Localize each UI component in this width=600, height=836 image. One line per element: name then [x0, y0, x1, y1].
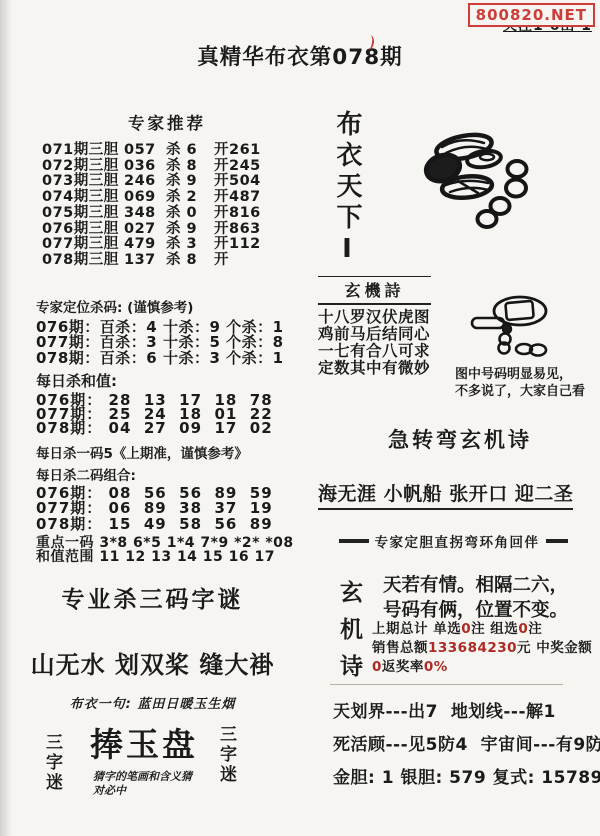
stat-part: 元 中奖金额 — [517, 640, 592, 656]
expert-row-kill: 杀 9 — [166, 222, 214, 238]
expert-row: 073期三胆 246 杀 9 开504 — [42, 174, 292, 190]
doodle-caption: 图中号码明显易见， 不多说了，大家自己看 — [455, 367, 600, 400]
page-title: 真精华布衣第078期 — [0, 40, 600, 71]
kill-sections: 专家定位杀码: (谨慎参考) 076期：百杀：4 十杀：9 个杀：1077期：百… — [36, 296, 304, 565]
expert-row-open: 开 — [214, 253, 292, 269]
expert-row-period: 073期三胆 — [42, 174, 124, 190]
expert-row: 078期三胆 137 杀 8 开 — [42, 253, 292, 269]
expert-row-open: 开487 — [214, 190, 292, 206]
expert-row-dan: 348 — [124, 206, 166, 222]
stats-line3: 0返奖率0% — [372, 658, 592, 677]
stats-line1: 上期总计 单选0注 组选0注 — [372, 620, 592, 639]
stat-part: 0 — [372, 659, 382, 675]
kill-position-row: 078期：百杀：6 十杀：3 个杀：1 — [36, 351, 304, 366]
kill-position-rows: 076期：百杀：4 十杀：9 个杀：1077期：百杀：3 十杀：5 个杀：807… — [36, 320, 304, 366]
expert-row-period: 071期三胆 — [42, 143, 124, 159]
buyi-tianxia-title: 布衣天下I — [329, 110, 366, 275]
banner-text: 专家定胆直拐弯环角回伴 — [375, 531, 540, 551]
expert-row-period: 075期三胆 — [42, 206, 124, 222]
three-char-note-line1: 猜字的笔画和含义猜 — [93, 770, 192, 784]
three-char-riddle-section: 三字迷 捧玉盘 猜字的笔画和含义猜 对必中 三字迷 — [30, 715, 280, 820]
expert-row-open: 开112 — [214, 237, 292, 253]
riddle-section: 专业杀三码字谜 山无水 划双桨 缝大褂 布衣一句: 蓝田日暖玉生烟 — [30, 581, 275, 712]
sales-stats: 上期总计 单选0注 组选0注 销售总额133684230元 中奖金额 0返奖率0… — [372, 620, 592, 677]
expert-row-dan: 057 — [124, 143, 166, 159]
banner-line-right — [546, 539, 568, 543]
sharp-turn-line: 海无涯 小帆船 张开口 迎二圣 — [318, 479, 573, 510]
expert-row-open: 开863 — [214, 222, 292, 238]
expert-row-period: 074期三胆 — [42, 190, 124, 206]
expert-row-period: 077期三胆 — [42, 237, 124, 253]
kill-position-title: 专家定位杀码: (谨慎参考) — [36, 296, 304, 316]
expert-row: 071期三胆 057 杀 6 开261 — [42, 143, 292, 159]
xuanji2-line2: 号码有俩，位置不变。 — [383, 596, 568, 622]
daily-two-row: 078期： 15 49 58 56 89 — [36, 517, 304, 532]
stat-part: 销售总额 — [372, 640, 428, 656]
xuanji-poem-line: 定数其中有微妙 — [318, 360, 431, 377]
expert-row-open: 开261 — [214, 143, 292, 159]
expert-row-period: 076期三胆 — [42, 222, 124, 238]
expert-row-kill: 杀 0 — [166, 206, 214, 222]
stat-part: 0% — [424, 659, 448, 675]
daily-two-rows: 076期： 08 56 56 89 59077期： 06 89 38 37 19… — [36, 486, 304, 532]
expert-row: 076期三胆 027 杀 9 开863 — [42, 222, 292, 238]
watermark-site-badge: 800820.NET — [468, 3, 595, 27]
expert-row: 074期三胆 069 杀 2 开487 — [42, 190, 292, 206]
expert-row: 077期三胆 479 杀 3 开112 — [42, 237, 292, 253]
expert-row-kill: 杀 2 — [166, 190, 214, 206]
expert-row-kill: 杀 3 — [166, 237, 214, 253]
xuanji-poem-line: 鸡前马后结同心 — [318, 326, 431, 343]
stat-part: 返奖率 — [382, 659, 424, 675]
xuanji-poem-box: 玄機詩 十八罗汉伏虎图鸡前马后结同心一七有合八可求定数其中有微妙 — [318, 276, 431, 377]
three-char-note: 猜字的笔画和含义猜 对必中 — [93, 770, 192, 798]
xuanji-poem-line: 一七有合八可求 — [318, 343, 431, 360]
bottom-pick-line2: 死活顾---见5防4 宇宙间---有9防8 — [333, 735, 600, 755]
expert-row-kill: 杀 6 — [166, 143, 214, 159]
daily-sum-title: 每日杀和值: — [36, 370, 304, 391]
buyi-phrase: 布衣一句: 蓝田日暖玉生烟 — [30, 693, 275, 712]
expert-row-open: 开504 — [214, 174, 292, 190]
daily-sum-rows: 076期： 28 13 17 18 78077期： 25 24 18 01 22… — [36, 393, 304, 435]
expert-row-open: 开816 — [214, 206, 292, 222]
xuanji2-line1: 天若有情。相隔二六， — [383, 571, 568, 597]
stat-part: 133684230 — [428, 640, 517, 656]
coin-doodle — [468, 294, 553, 360]
expert-row-dan: 069 — [124, 190, 166, 206]
expert-row-kill: 杀 9 — [166, 174, 214, 190]
expert-recommend-title: 专家推荐 — [42, 110, 292, 134]
stat-part: 注 组选 — [471, 621, 518, 637]
xuanji2-side-title: 玄机诗 — [333, 580, 366, 691]
expert-row-dan: 479 — [124, 237, 166, 253]
expert-row-dan: 137 — [124, 253, 166, 269]
daily-sum-row: 078期： 04 27 09 17 02 — [36, 421, 304, 435]
expert-row: 075期三胆 348 杀 0 开816 — [42, 206, 292, 222]
stat-part: 上期总计 单选 — [372, 621, 461, 637]
expert-row-dan: 036 — [124, 159, 166, 175]
expert-row-period: 078期三胆 — [42, 253, 124, 269]
daily-two-title: 每日杀二码组合: — [36, 464, 304, 484]
ink-blot-doodle — [420, 130, 540, 235]
expert-rows: 071期三胆 057 杀 6 开261 072期三胆 036 杀 8 开245 … — [42, 143, 292, 269]
doodle-caption-line2: 不多说了，大家自己看 — [455, 384, 600, 401]
expert-banner: 专家定胆直拐弯环角回伴 — [320, 531, 586, 551]
expert-row-kill: 杀 8 — [166, 253, 214, 269]
lottery-tip-sheet: 关注1 6出 1 800820.NET 真精华布衣第078期 专家推荐 071期… — [0, 0, 600, 836]
stats-line2: 销售总额133684230元 中奖金额 — [372, 639, 592, 658]
stat-part: 0 — [461, 621, 471, 637]
riddle-line: 山无水 划双桨 缝大褂 — [30, 645, 275, 680]
expert-recommend-section: 专家推荐 071期三胆 057 杀 6 开261 072期三胆 036 杀 8 … — [42, 110, 292, 269]
sharp-turn-title: 急转弯玄机诗 — [330, 424, 590, 454]
stat-part: 注 — [528, 621, 542, 637]
expert-row-dan: 027 — [124, 222, 166, 238]
expert-row-dan: 246 — [124, 174, 166, 190]
stat-part: 0 — [518, 621, 528, 637]
banner-line-left — [339, 539, 369, 543]
xuanji-poem-title: 玄機詩 — [318, 276, 431, 305]
daily-one-note: 每日杀一码5《上期准，谨慎参考》 — [36, 442, 304, 462]
riddle-title: 专业杀三码字谜 — [30, 581, 275, 614]
section-divider — [330, 684, 563, 685]
doodle-caption-line1: 图中号码明显易见， — [455, 367, 600, 384]
xuanji-poem-lines: 十八罗汉伏虎图鸡前马后结同心一七有合八可求定数其中有微妙 — [318, 309, 431, 377]
sum-range-line: 和值范围 11 12 13 14 15 16 17 — [36, 550, 304, 565]
bottom-pick-line1: 天划界---出7 地划线---解1 — [333, 702, 600, 722]
three-char-label-right: 三字迷 — [214, 725, 239, 785]
xuanji-poem-line: 十八罗汉伏虎图 — [318, 309, 431, 326]
three-char-note-line2: 对必中 — [93, 784, 192, 798]
three-char-label-left: 三字迷 — [40, 733, 65, 793]
bottom-pick-line3: 金胆: 1 银胆: 579 复式: 15789 (4) — [333, 768, 600, 788]
three-char-answer: 捧玉盘 — [90, 719, 198, 766]
bottom-picks-section: 天划界---出7 地划线---解1 死活顾---见5防4 宇宙间---有9防8 … — [333, 702, 600, 801]
